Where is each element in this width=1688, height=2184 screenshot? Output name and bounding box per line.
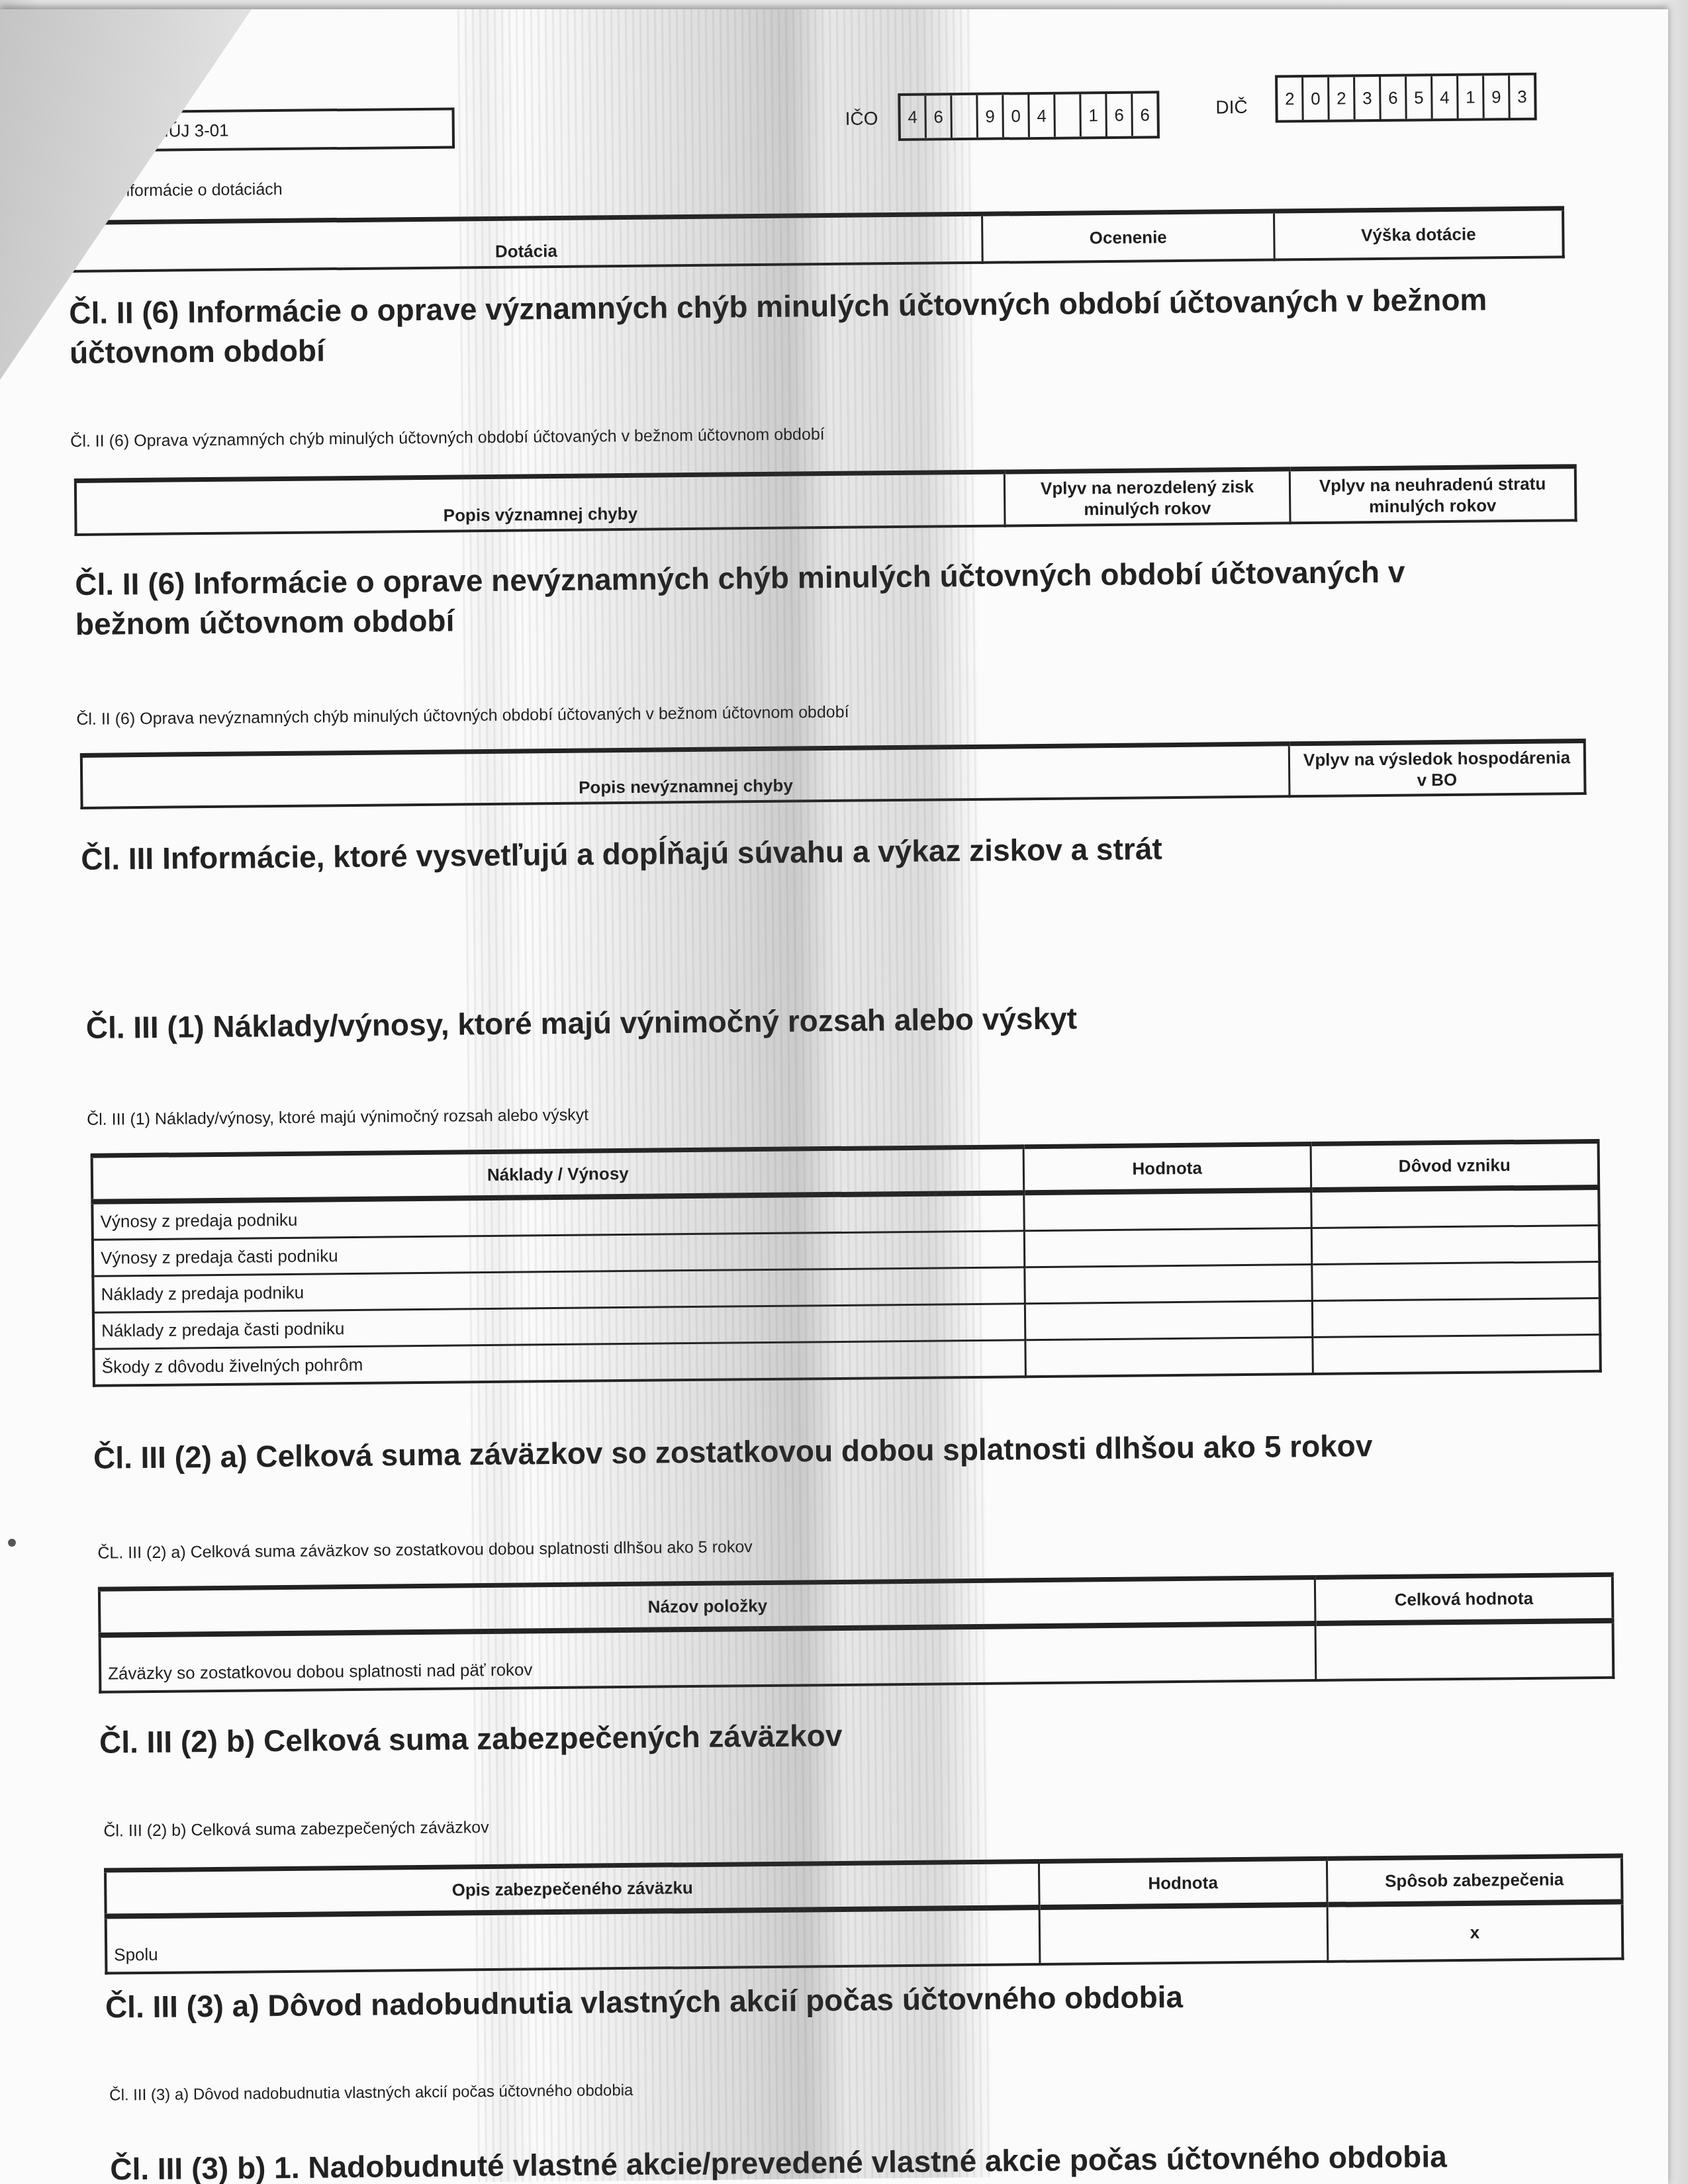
zavazky-5r-subtitle: ČL. III (2) a) Celková suma záväzkov so … <box>97 1537 753 1563</box>
scan-smudge <box>8 1539 16 1547</box>
dic-digit: 3 <box>1510 75 1534 118</box>
ico-digit <box>952 95 978 138</box>
col-vplyv-nerozdeleny-zisk: Vplyv na nerozdelený zisk minulých rokov <box>1004 469 1290 526</box>
col-sposob-zabezpecenia: Spôsob zabezpečenia <box>1327 1856 1622 1905</box>
ico-digit: 6 <box>1107 94 1133 136</box>
zavazky-5r-heading: Čl. III (2) a) Celková suma záväzkov so … <box>93 1424 1616 1478</box>
dic-digit: 2 <box>1329 77 1356 119</box>
col-ocenenie: Ocenenie <box>982 211 1274 263</box>
row-label: Spolu <box>106 1907 1040 1974</box>
celkova-hodnota-cell[interactable] <box>1315 1621 1613 1680</box>
zavazky-5r-table: Názov položky Celková hodnota Záväzky so… <box>98 1572 1615 1694</box>
dic-digit: 3 <box>1355 77 1382 119</box>
col-popis-vyznamnej-chyby: Popis významnej chyby <box>75 472 1005 535</box>
row-label: Záväzky so zostatkovou dobou splatnosti … <box>100 1623 1317 1692</box>
col-hodnota: Hodnota <box>1039 1858 1327 1907</box>
col-dovod-vzniku: Dôvod vzniku <box>1311 1141 1599 1190</box>
ico-field: 46904166 <box>898 91 1160 141</box>
ico-label: IČO <box>845 108 878 129</box>
dotacie-table: Dotácia Ocenenie Výška dotácie <box>68 206 1565 273</box>
ico-digit <box>1055 94 1082 136</box>
vlastne-akcie-a-heading: Čl. III (3) a) Dôvod nadobudnutia vlastn… <box>105 1977 1184 2027</box>
zabezpecene-heading: Čl. III (2) b) Celková suma zabezpečenýc… <box>99 1715 843 1762</box>
vlastne-akcie-a-subtitle: Čl. III (3) a) Dôvod nadobudnutia vlastn… <box>109 2081 633 2105</box>
ico-digit: 0 <box>1004 95 1030 137</box>
dovod-cell[interactable] <box>1313 1334 1601 1374</box>
hodnota-cell[interactable] <box>1025 1265 1313 1304</box>
vyznamne-chyby-heading: Čl. II (6) Informácie o oprave významnýc… <box>69 279 1493 373</box>
nevyznamne-chyby-subtitle: Čl. II (6) Oprava nevýznamných chýb minu… <box>76 703 849 729</box>
sposob-cell: x <box>1327 1902 1622 1962</box>
naklady-vynosy-heading: Čl. III (1) Náklady/výnosy, ktoré majú v… <box>85 998 1077 1047</box>
vyznamne-chyby-table: Popis významnej chyby Vplyv na nerozdele… <box>74 464 1577 536</box>
dovod-cell[interactable] <box>1312 1298 1600 1337</box>
col-vyska-dotacie: Výška dotácie <box>1274 208 1563 260</box>
dic-digit: 9 <box>1484 75 1511 118</box>
col-vplyv-vysledok-hospodarenia: Vplyv na výsledok hospodárenia v BO <box>1289 741 1585 797</box>
vyznamne-chyby-subtitle: Čl. II (6) Oprava významných chýb minulý… <box>70 425 825 451</box>
nevyznamne-chyby-table: Popis nevýznamnej chyby Vplyv na výsledo… <box>80 739 1587 809</box>
dic-digit: 0 <box>1303 77 1330 120</box>
zabezpecene-table: Opis zabezpečeného záväzku Hodnota Spôso… <box>104 1854 1624 1975</box>
dovod-cell[interactable] <box>1312 1261 1600 1300</box>
vlastne-akcie-b-heading: Čl. III (3) b) 1. Nadobudnuté vlastné ak… <box>110 2136 1447 2184</box>
ico-digit: 1 <box>1081 94 1107 136</box>
col-celkova-hodnota: Celková hodnota <box>1315 1574 1613 1623</box>
page-content: y Úč MÚJ 3-01 IČO 46904166 DIČ 202365419… <box>0 9 1668 2184</box>
dic-digit: 2 <box>1278 77 1304 120</box>
ico-digit: 6 <box>1133 93 1157 136</box>
dic-digit: 5 <box>1407 76 1433 118</box>
scanned-page: y Úč MÚJ 3-01 IČO 46904166 DIČ 202365419… <box>0 9 1668 2184</box>
col-vplyv-neuhradena-strata: Vplyv na neuhradenú stratu minulých roko… <box>1289 467 1575 523</box>
col-dotacia: Dotácia <box>70 214 982 271</box>
dic-field: 2023654193 <box>1275 73 1537 123</box>
hodnota-cell[interactable] <box>1039 1905 1328 1964</box>
ico-digit: 6 <box>926 95 953 138</box>
naklady-vynosy-table: Náklady / Výnosy Hodnota Dôvod vzniku Vý… <box>91 1139 1602 1387</box>
hodnota-cell[interactable] <box>1025 1301 1313 1340</box>
dic-digit: 6 <box>1381 77 1407 119</box>
zabezpecene-subtitle: Čl. III (2) b) Celková suma zabezpečenýc… <box>103 1818 489 1841</box>
dic-digit: 4 <box>1432 76 1459 118</box>
ico-digit: 4 <box>900 96 927 138</box>
nevyznamne-chyby-heading: Čl. II (6) Informácie o oprave nevýznamn… <box>75 551 1499 644</box>
ico-digit: 9 <box>978 95 1004 137</box>
dic-digit: 1 <box>1458 75 1485 118</box>
hodnota-cell[interactable] <box>1024 1228 1312 1267</box>
col-popis-nevyznamnej-chyby: Popis nevýznamnej chyby <box>81 744 1289 808</box>
dic-label: DIČ <box>1215 97 1248 118</box>
hodnota-cell[interactable] <box>1023 1190 1311 1231</box>
ico-digit: 4 <box>1029 95 1056 137</box>
cl3-heading: Čl. III Informácie, ktoré vysvetľujú a d… <box>81 829 1162 879</box>
dovod-cell[interactable] <box>1311 1187 1599 1228</box>
dovod-cell[interactable] <box>1311 1225 1599 1264</box>
naklady-vynosy-subtitle: Čl. III (1) Náklady/výnosy, ktoré majú v… <box>87 1106 588 1130</box>
col-hodnota: Hodnota <box>1023 1144 1311 1193</box>
hodnota-cell[interactable] <box>1025 1338 1313 1377</box>
